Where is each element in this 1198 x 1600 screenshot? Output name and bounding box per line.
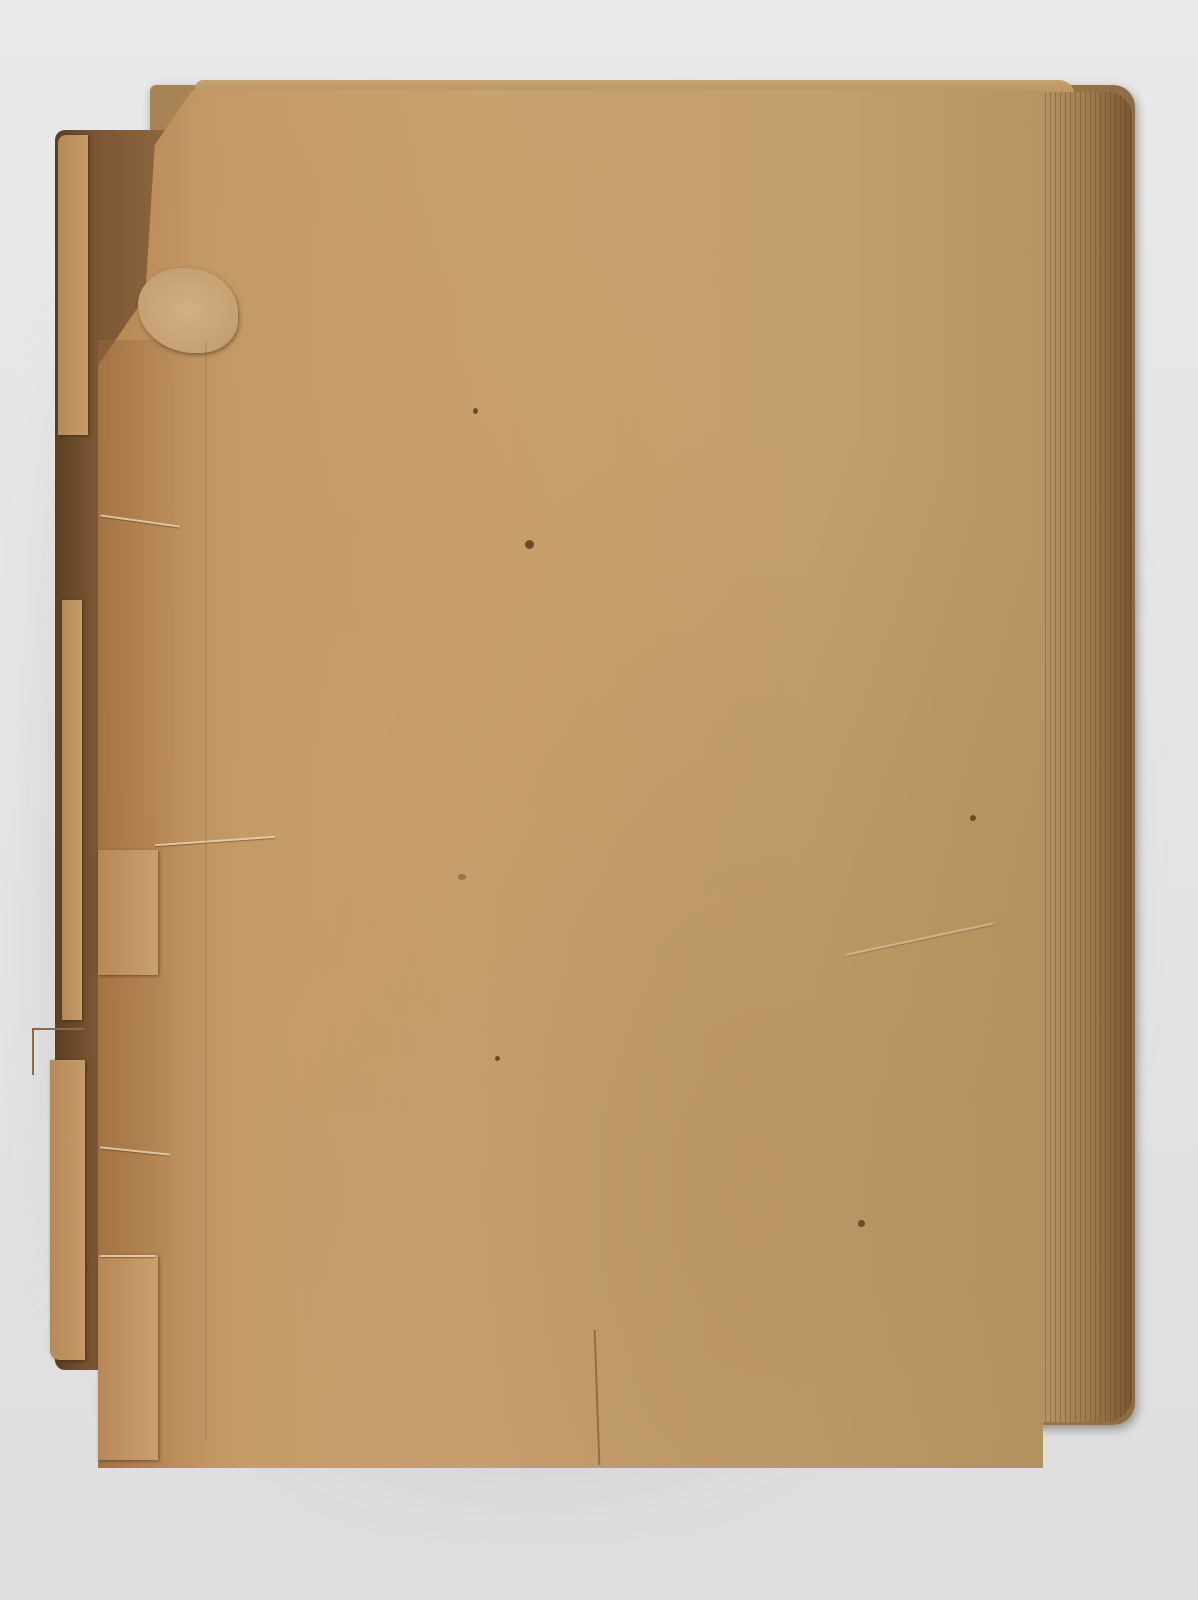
cover-spot bbox=[473, 408, 478, 414]
book-front-cover bbox=[98, 90, 1043, 1468]
cover-spot bbox=[458, 874, 466, 880]
photo-scene bbox=[0, 0, 1198, 1600]
cover-spot bbox=[495, 1056, 500, 1061]
spine-strip bbox=[50, 1060, 85, 1360]
cover-tear bbox=[100, 1255, 155, 1257]
spine-strip bbox=[62, 600, 82, 1020]
cover-spot bbox=[525, 540, 534, 549]
spine-patch bbox=[98, 850, 158, 975]
cover-spot bbox=[970, 815, 976, 821]
cover-spot bbox=[858, 1220, 865, 1227]
spine-strip bbox=[58, 135, 88, 435]
spine-patch bbox=[98, 1255, 158, 1460]
book-page-edges bbox=[1040, 92, 1132, 1422]
cover-crease bbox=[205, 340, 207, 1440]
binding-thread bbox=[32, 1028, 84, 1075]
